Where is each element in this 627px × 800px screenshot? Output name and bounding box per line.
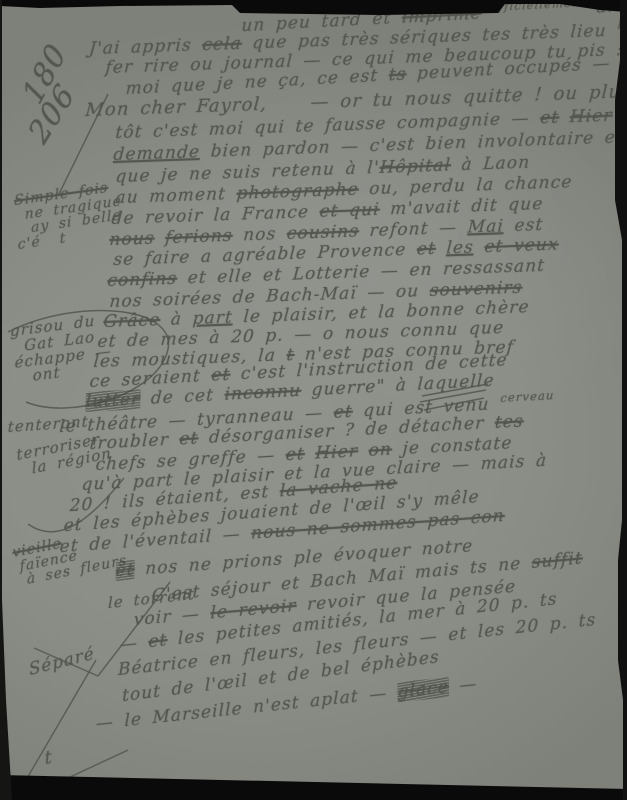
right-edge [615,0,627,800]
left-edge [0,0,12,800]
torn-top-edge [0,0,627,15]
scanned-manuscript-page: 180206 Simple foisne tragiqueay si belle… [0,0,627,800]
bottom-edge [0,775,627,800]
scan-edges [0,0,627,800]
